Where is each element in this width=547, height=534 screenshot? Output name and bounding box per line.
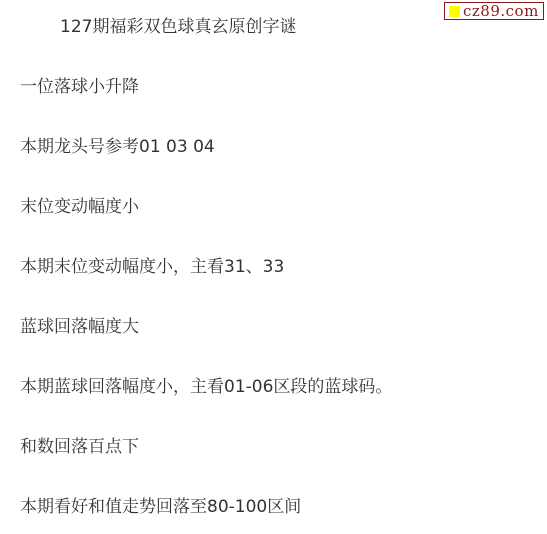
explanation-line-4: 本期看好和值走势回落至80-100区间 [20, 495, 301, 519]
riddle-line-1: 一位落球小升降 [20, 75, 139, 99]
explanation-line-1: 本期龙头号参考01 03 04 [20, 135, 215, 159]
watermark-text: cz89.com [463, 3, 539, 19]
explanation-line-2: 本期末位变动幅度小，主看31、33 [20, 255, 284, 279]
riddle-line-2: 末位变动幅度小 [20, 195, 139, 219]
riddle-line-4: 和数回落百点下 [20, 435, 139, 459]
article-title: 127期福彩双色球真玄原创字谜 [60, 15, 296, 39]
yellow-square-icon [449, 6, 460, 17]
explanation-line-3: 本期蓝球回落幅度小，主看01-06区段的蓝球码。 [20, 375, 392, 399]
riddle-line-3: 蓝球回落幅度大 [20, 315, 139, 339]
site-watermark: cz89.com [444, 2, 544, 20]
